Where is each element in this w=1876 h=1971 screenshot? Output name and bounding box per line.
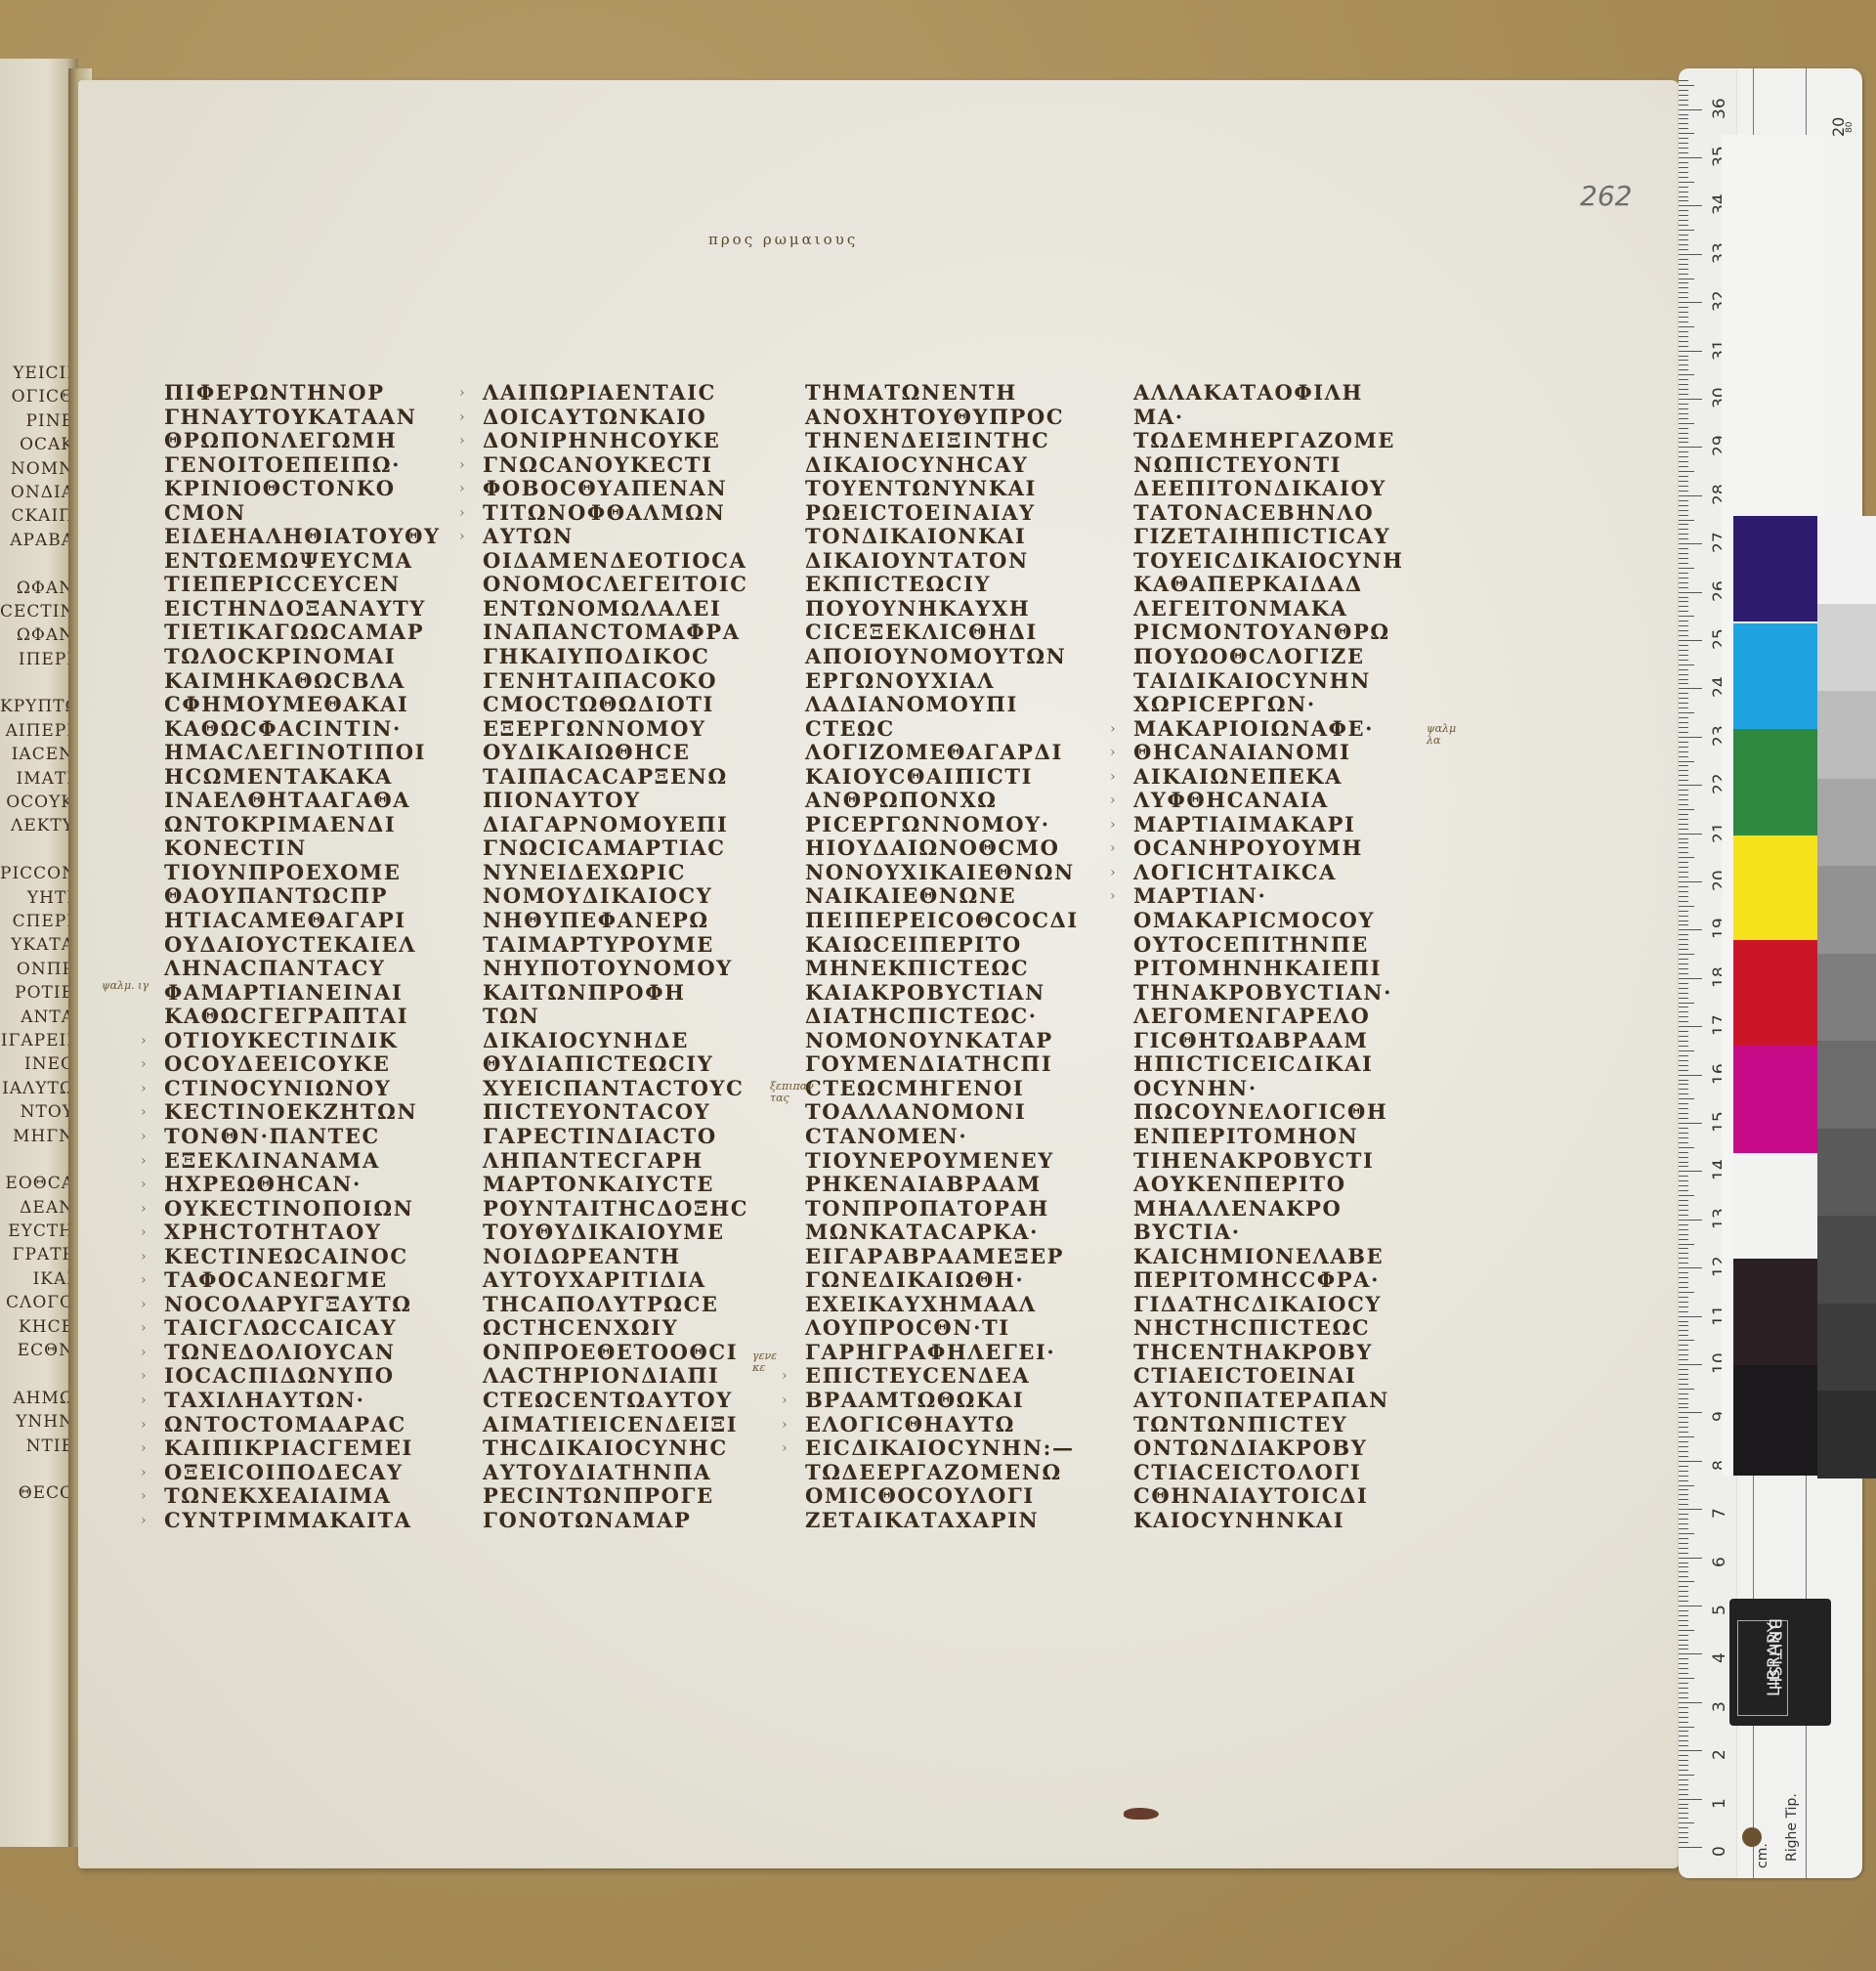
- ruler-tick: [1679, 1021, 1688, 1022]
- ruler-tick: [1679, 438, 1688, 439]
- grey-patch: [1817, 779, 1876, 867]
- text-line: ΝΑΙΚΑΙΕΘΝΩΝΕ: [805, 884, 1079, 909]
- ruler-tick: [1679, 1571, 1688, 1572]
- ruler-tick: [1679, 1640, 1688, 1641]
- text-line: ΟΥΔΙΚΑΙΩΘΗCΕ: [483, 741, 748, 765]
- ruler-tick: [1679, 838, 1688, 839]
- ruler-tick: [1679, 1799, 1702, 1800]
- diple-quotation-mark-icon: ›: [782, 1436, 789, 1461]
- left-page-line: ΟCΟΥΚ: [0, 791, 74, 814]
- ruler-tick: [1679, 1180, 1688, 1181]
- ruler-tick: [1679, 259, 1688, 260]
- text-line: ΚΕCΤΙΝΟΕΚΖΗΤΩΝ›: [164, 1100, 441, 1125]
- ruler-tick: [1679, 703, 1688, 704]
- ruler-tick: [1679, 1031, 1688, 1032]
- text-line: CΙCΕΞΕΚΛΙCΘΗΔΙ: [805, 621, 1079, 645]
- ruler-tick: [1679, 1297, 1688, 1298]
- text-line: ΟCΥΝΗΝ·: [1133, 1077, 1404, 1101]
- text-line: ΟΜΑΚΑΡΙCΜΟCΟΥ: [1133, 909, 1404, 933]
- ruler-tick: [1679, 274, 1688, 275]
- text-line: ΕΡΓΩΝΟΥΧΙΑΛ: [805, 669, 1079, 694]
- text-line: ΕΚΠΙCΤΕΩCΙΥ: [805, 573, 1079, 597]
- ruler-tick: [1679, 959, 1688, 960]
- ruler-tick: [1679, 1384, 1688, 1385]
- ruler-tick: [1679, 780, 1688, 781]
- ruler-tick: [1679, 732, 1688, 733]
- diple-quotation-mark-icon: ›: [141, 1221, 148, 1245]
- ruler-tick: [1679, 1359, 1688, 1360]
- ruler-tick: [1679, 341, 1688, 342]
- ruler-tick: [1679, 872, 1688, 873]
- ruler-tick: [1679, 1190, 1688, 1191]
- ruler-tick: [1679, 814, 1688, 815]
- text-column-1: ΠΙΦΕΡΩΝΤΗΝΟΡΓΗΝΑΥΤΟΥΚΑΤΑΑΝΘΡΩΠΟΝΛΕΓΩΜΗΓΕ…: [164, 381, 441, 1532]
- ruler-tick: [1679, 924, 1688, 925]
- diple-quotation-mark-icon: ›: [1110, 717, 1117, 742]
- text-line: ΓΑΡΗΓΡΑΦΗΛΕΓΕΙ·: [805, 1341, 1079, 1365]
- text-line: ΔΙΚΑΙΟΥΝΤΑΤΟΝ: [805, 549, 1079, 574]
- ruler-tick: [1679, 1215, 1688, 1216]
- ruler-tick: [1679, 369, 1688, 370]
- text-line: ΓΙCΘΗΤΩΑΒΡΑΑΜ: [1133, 1029, 1404, 1053]
- diple-quotation-mark-icon: ›: [141, 1341, 148, 1365]
- ruler-tick: [1679, 964, 1688, 964]
- ruler-tick: [1679, 921, 1688, 921]
- text-line: ΕΧΕΙΚΑΥΧΗΜΑΑΛ: [805, 1293, 1079, 1317]
- ruler-tick: [1679, 747, 1688, 748]
- ruler-tick: [1679, 944, 1688, 945]
- text-line: ΓΟΥΜΕΝΔΙΑΤΗCΠΙ: [805, 1052, 1079, 1077]
- text-line: ΟΥΔΑΙΟΥCΤΕΚΑΙΕΛ: [164, 933, 441, 958]
- ruler-tick: [1679, 510, 1688, 511]
- left-page-line: ΟΝΔΙΑ: [0, 481, 74, 504]
- ruler-tick: [1679, 118, 1688, 119]
- text-line: ΛΕΓΟΜΕΝΓΑΡΕΛΟ: [1133, 1005, 1404, 1029]
- ruler-tick: [1679, 1543, 1688, 1544]
- ruler-tick: [1679, 722, 1688, 723]
- ruler-tick: [1679, 321, 1688, 322]
- ruler-tick: [1679, 1832, 1688, 1833]
- ruler-tick: [1679, 973, 1688, 974]
- text-line: ΝΗCΤΗCΠΙCΤΕΩC: [1133, 1316, 1404, 1341]
- ruler-tick: [1679, 1157, 1688, 1158]
- ruler-tick: [1679, 1707, 1688, 1708]
- color-swatch-green: [1733, 729, 1817, 836]
- ruler-tick: [1679, 862, 1688, 863]
- left-page-line: ΕCΘΝ: [0, 1339, 74, 1362]
- ruler-tick: [1679, 95, 1688, 96]
- text-line: ΙΝΑΕΛΘΗΤΑΑΓΑΘΑ: [164, 789, 441, 813]
- text-line: ΤΗCΑΠΟΛΥΤΡΩCΕ: [483, 1293, 748, 1317]
- ruler-tick: [1679, 1369, 1688, 1370]
- text-line: ΟΤΙΟΥΚΕCΤΙΝΔΙΚ›: [164, 1029, 441, 1053]
- ruler-tick: [1679, 1847, 1702, 1848]
- diple-quotation-mark-icon: ›: [141, 1389, 148, 1413]
- text-line: ΘΑΟΥΠΑΝΤΩCΠΡ: [164, 884, 441, 909]
- ruler-tick: [1679, 1653, 1702, 1654]
- color-swatch-cyan: [1733, 623, 1817, 729]
- ruler-tick: [1679, 775, 1688, 776]
- text-line: ΔΟΝΙΡΗΝΗCΟΥΚΕ›: [483, 429, 748, 453]
- text-line: ΟΝΠΡΟΕΘΕΤΟΟΘCΙ: [483, 1341, 748, 1365]
- ruler-tick: [1679, 1775, 1694, 1776]
- ruler-tick: [1679, 1553, 1688, 1554]
- text-line: ΓΙΖΕΤΑΙΗΠΙCΤΙCΑΥ: [1133, 525, 1404, 549]
- left-page-line: ΜΗΓΝ: [0, 1125, 74, 1148]
- ruler-tick: [1679, 399, 1702, 400]
- ruler-tick: [1679, 1538, 1688, 1539]
- ruler-tick: [1679, 1745, 1688, 1746]
- ruler-tick: [1679, 1234, 1688, 1235]
- ruler-tick: [1679, 1548, 1688, 1549]
- ruler-tick: [1679, 1528, 1688, 1529]
- ruler-tick: [1679, 1403, 1688, 1404]
- text-line: ΘΗCΑΝΑΙΑΝΟΜΙ›: [1133, 741, 1404, 765]
- ruler-tick: [1679, 1084, 1688, 1085]
- ruler-tick: [1679, 809, 1694, 810]
- ruler-tick: [1679, 968, 1688, 969]
- text-line: ΑΛΛΑΚΑΤΑΟΦΙΛΗ: [1133, 381, 1404, 406]
- ruler-tick: [1679, 1103, 1688, 1104]
- text-line: ΔΙΑΓΑΡΝΟΜΟΥΕΠΙ: [483, 813, 748, 837]
- ruler-tick: [1679, 901, 1688, 902]
- ruler-tick: [1679, 100, 1688, 101]
- diple-quotation-mark-icon: ›: [459, 501, 466, 526]
- ruler-tick: [1679, 471, 1694, 472]
- ruler-tick: [1679, 1476, 1688, 1477]
- text-line: ΤΑΙΔΙΚΑΙΟCΥΝΗΝ: [1133, 669, 1404, 694]
- ruler-tick: [1679, 1166, 1688, 1167]
- ruler-tick: [1679, 1683, 1688, 1684]
- text-line: CΜΟΝ: [164, 501, 441, 526]
- diple-quotation-mark-icon: ›: [1110, 884, 1117, 909]
- ruler-tick: [1679, 1412, 1702, 1413]
- ruler-tick: [1679, 1389, 1694, 1390]
- ruler-tick: [1679, 1248, 1688, 1249]
- text-line: ΕΛΟΓΙCΘΗΑΥΤΩ›: [805, 1413, 1079, 1437]
- ruler-tick: [1679, 765, 1688, 766]
- ruler-tick: [1679, 1016, 1688, 1017]
- ruler-tick: [1679, 761, 1694, 762]
- text-line: ΗCΩΜΕΝΤΑΚΑΚΑ: [164, 765, 441, 790]
- diple-quotation-mark-icon: ›: [1110, 765, 1117, 790]
- text-line: ΧΡΗCΤΟΤΗΤΑΟΥ›: [164, 1221, 441, 1245]
- ruler-tick: [1679, 1804, 1688, 1805]
- ruler-tick: [1679, 635, 1688, 636]
- ruler-tick: [1679, 592, 1702, 593]
- text-line: ΑΥΤΩΝ›: [483, 525, 748, 549]
- ruler-tick: [1679, 1311, 1688, 1312]
- text-column-3: ΤΗΜΑΤΩΝΕΝΤΗΑΝΟΧΗΤΟΥΘΥΠΡΟCΤΗΝΕΝΔΕΙΞΙΝΤΗCΔ…: [805, 381, 1079, 1532]
- ruler-tick: [1679, 867, 1688, 868]
- text-line: ΗΠΙCΤΙCΕΙCΔΙΚΑΙ: [1133, 1052, 1404, 1077]
- text-line: ΓΩΝΕΔΙΚΑΙΩΘΗ·: [805, 1268, 1079, 1293]
- secondary-top-small-label: 80: [1845, 122, 1855, 133]
- ruler-tick: [1679, 205, 1702, 206]
- ruler-tick: [1679, 1239, 1688, 1240]
- ruler-cm-label: 3: [1710, 1701, 1729, 1712]
- text-line: ΕΝΤΩΕΜΩΨΕΥCΜΑ: [164, 549, 441, 574]
- text-line: CΤΑΝΟΜΕΝ·: [805, 1125, 1079, 1149]
- text-line: ΤΟΥΕΝΤΩΝΥΝΚΑΙ: [805, 477, 1079, 501]
- ruler-tick: [1679, 1794, 1688, 1795]
- ruler-tick: [1679, 1307, 1688, 1307]
- ruler-tick: [1679, 625, 1688, 626]
- ruler-tick: [1679, 1272, 1688, 1273]
- ruler-tick: [1679, 123, 1688, 124]
- ruler-tick: [1679, 1113, 1688, 1114]
- ruler-tick: [1679, 1731, 1688, 1732]
- ruler-tick: [1679, 1263, 1688, 1264]
- ruler-tick: [1679, 1152, 1688, 1153]
- ruler-tick: [1679, 949, 1688, 950]
- text-line: ΤΟΥΕΙCΔΙΚΑΙΟCΥΝΗ: [1133, 549, 1404, 574]
- text-line: ΤΩΔΕΕΡΓΑΖΟΜΕΝΩ: [805, 1461, 1079, 1485]
- text-line: ΚΕCΤΙΝΕΩCΑΙΝΟC›: [164, 1245, 441, 1269]
- ruler-tick: [1679, 939, 1688, 940]
- text-line: ΔΟΙCΑΥΤΩΝΚΑΙΟ›: [483, 406, 748, 430]
- ruler-tick: [1679, 1658, 1688, 1659]
- ruler-tick: [1679, 1007, 1688, 1007]
- ruler-tick: [1679, 1065, 1688, 1066]
- left-page-line: ΙΓΑΡΕΙΙ: [0, 1029, 74, 1052]
- text-line: ΚΑΙΟΥCΘΑΙΠΙCΤΙ: [805, 765, 1079, 790]
- text-line: ΩCΤΗCΕΝΧΩΙΥ: [483, 1316, 748, 1341]
- left-page-line: ΩΦΑΝ: [0, 623, 74, 647]
- ruler-tick: [1679, 1822, 1694, 1823]
- ruler-tick: [1679, 326, 1694, 327]
- ruler-tick: [1679, 220, 1688, 221]
- text-line: ΘΥΔΙΑΠΙCΤΕΩCΙΥ: [483, 1052, 748, 1077]
- text-line: ΗΤΙΑCΑΜΕΘΑΓΑΡΙ: [164, 909, 441, 933]
- ruler-tick: [1679, 1480, 1688, 1481]
- ruler-tick: [1679, 1576, 1688, 1577]
- ruler-tick: [1679, 1784, 1688, 1785]
- text-line: ΤΟΥΘΥΔΙΚΑΙΟΥΜΕ: [483, 1221, 748, 1245]
- text-line: ΑΝΟΧΗΤΟΥΘΥΠΡΟC: [805, 406, 1079, 430]
- ruler-tick: [1679, 1321, 1688, 1322]
- diple-quotation-mark-icon: ›: [141, 1293, 148, 1317]
- ruler-tick: [1679, 1765, 1688, 1766]
- ruler-tick: [1679, 1147, 1694, 1148]
- ruler-tick: [1679, 993, 1688, 994]
- text-line: ΡΟΥΝΤΑΙΤΗCΔΟΞΗC: [483, 1197, 748, 1221]
- text-line: ΚΑΘΑΠΕΡΚΑΙΔΑΔ: [1133, 573, 1404, 597]
- ruler-tick: [1679, 1688, 1688, 1689]
- text-line: ΝΩΠΙCΤΕΥΟΝΤΙ: [1133, 453, 1404, 478]
- text-line: ΔΕΕΠΙΤΟΝΔΙΚΑΙΟΥ: [1133, 477, 1404, 501]
- text-line: ΤΙΤΩΝΟΦΘΑΛΜΩΝ›: [483, 501, 748, 526]
- text-line: ΘΡΩΠΟΝΛΕΓΩΜΗ: [164, 429, 441, 453]
- ruler-tick: [1679, 1176, 1688, 1177]
- ruler-tick: [1679, 842, 1688, 843]
- left-page-line: [0, 552, 74, 576]
- text-line: ΝΟΙΔΩΡΕΑΝΤΗ: [483, 1245, 748, 1269]
- ruler-tick: [1679, 794, 1688, 795]
- text-line: ΗΙΟΥΔΑΙΩΝΟΘCΜΟ: [805, 836, 1079, 861]
- ruler-tick: [1679, 1205, 1688, 1206]
- text-line: ΤΩΔΕΜΗΕΡΓΑΖΟΜΕ: [1133, 429, 1404, 453]
- text-line: ΛΥΦΘΗCΑΝΑΙΑ›: [1133, 789, 1404, 813]
- text-line: ΕΞΕΡΓΩΝΝΟΜΟΥ: [483, 717, 748, 742]
- ruler-tick: [1679, 655, 1688, 656]
- text-line: ΟCΑΝΗΡΟΥΟΥΜΗ›: [1133, 836, 1404, 861]
- ruler-tick: [1679, 847, 1688, 848]
- text-column-4: ΑΛΛΑΚΑΤΑΟΦΙΛΗΜΑ·ΤΩΔΕΜΗΕΡΓΑΖΟΜΕΝΩΠΙCΤΕΥΟΝ…: [1133, 381, 1404, 1532]
- text-line: ΤΑΦΟCΑΝΕΩΓΜΕ›: [164, 1268, 441, 1293]
- ruler-tick: [1679, 573, 1688, 574]
- ruler-tick: [1679, 1041, 1688, 1042]
- ruler-tick: [1679, 1432, 1688, 1433]
- grey-patch: [1817, 866, 1876, 954]
- ruler-tick: [1679, 1267, 1702, 1268]
- left-page-line: ΛΕΚΤΥ: [0, 814, 74, 837]
- text-line: ΤΑΧΙΛΗΑΥΤΩΝ·›: [164, 1389, 441, 1413]
- left-page-line: ΙΜΑΤΙ: [0, 767, 74, 791]
- left-page-line: ΙΝΕC: [0, 1052, 74, 1076]
- text-line: ΚΑΙΤΩΝΠΡΟΦΗ: [483, 981, 748, 1006]
- color-swatch-blue-violet: [1733, 516, 1817, 621]
- ruler-tick: [1679, 336, 1688, 337]
- diple-quotation-mark-icon: ›: [141, 1052, 148, 1077]
- text-line: ΤΟΝΔΙΚΑΙΟΝΚΑΙ: [805, 525, 1079, 549]
- ruler-tick: [1679, 364, 1688, 365]
- diple-quotation-mark-icon: ›: [141, 1413, 148, 1437]
- text-line: ΚΑΙΑΚΡΟΒΥCΤΙΑΝ: [805, 981, 1079, 1006]
- text-line: ΙΟCΑCΠΙΔΩΝΥΠΟ›: [164, 1364, 441, 1389]
- ruler-tick: [1679, 167, 1688, 168]
- text-line: ΖΕΤΑΙΚΑΤΑΧΑΡΙΝ: [805, 1509, 1079, 1533]
- text-line: ΑΙΚΑΙΩΝΕΠΕΚΑ›: [1133, 765, 1404, 790]
- ruler-tick: [1679, 1635, 1688, 1636]
- ruler-tick: [1679, 1722, 1688, 1723]
- ruler-tick: [1679, 1702, 1702, 1703]
- color-swatch-red: [1733, 940, 1817, 1046]
- left-page-line: ΟΓΙCΘ: [0, 385, 74, 408]
- text-line: ΑΙΜΑΤΙΕΙCΕΝΔΕΙΞΙ: [483, 1413, 748, 1437]
- text-line: ΤΙΟΥΝΕΡΟΥΜΕΝΕΥ: [805, 1149, 1079, 1174]
- ruler-tick: [1679, 85, 1694, 86]
- ruler-tick: [1679, 447, 1702, 448]
- ruler-tick: [1679, 558, 1688, 559]
- ruler-tick: [1679, 896, 1688, 897]
- text-line: CΜΟCΤΩΘΩΔΙΟΤΙ: [483, 693, 748, 717]
- ruler-tick: [1679, 1220, 1702, 1221]
- marginal-note: ξεπιπαν τας: [770, 1081, 813, 1104]
- ruler-tick: [1679, 1407, 1688, 1408]
- color-swatch-black: [1733, 1365, 1817, 1476]
- ruler-tick: [1679, 1302, 1688, 1303]
- text-line: ΤΙΕΠΕΡΙCCΕΥCΕΝ: [164, 573, 441, 597]
- ruler-tick: [1679, 1244, 1694, 1245]
- text-line: ΕΙCΔΙΚΑΙΟCΥΝΗΝ:—›: [805, 1436, 1079, 1461]
- ruler-tick: [1679, 1364, 1702, 1365]
- text-line: ΑΥΤΟΥΧΑΡΙΤΙΔΙΑ: [483, 1268, 748, 1293]
- ruler-tick: [1679, 282, 1688, 283]
- ruler-tick: [1679, 442, 1688, 443]
- ruler-tick: [1679, 785, 1702, 786]
- text-line: ΓΝΩCΑΝΟΥΚΕCΤΙ›: [483, 453, 748, 478]
- left-page-line: ΟCΑΚ: [0, 433, 74, 456]
- text-line: ΑΥΤΟΝΠΑΤΕΡΑΠΑΝ: [1133, 1389, 1404, 1413]
- ruler-tick: [1679, 891, 1688, 892]
- text-line: ΦΟΒΟCΘΥΑΠΕΝΑΝ›: [483, 477, 748, 501]
- ruler-tick: [1679, 157, 1702, 158]
- ruler-tick: [1679, 187, 1688, 188]
- text-line: ΝΥΝΕΙΔΕΧΩΡΙC: [483, 861, 748, 885]
- text-line: ΤΗCΕΝΤΗΑΚΡΟΒΥ: [1133, 1341, 1404, 1365]
- diple-quotation-mark-icon: ›: [459, 381, 466, 406]
- ruler-tick: [1679, 1330, 1688, 1331]
- ruler-tick: [1679, 1393, 1688, 1394]
- ruler-tick: [1679, 1118, 1688, 1119]
- ruler-tick: [1679, 418, 1688, 419]
- text-line: ΚΑΙΜΗΚΑΘΩCΒΛΑ: [164, 669, 441, 694]
- ruler-tick: [1679, 1398, 1688, 1399]
- ruler-tick: [1679, 384, 1688, 385]
- text-line: ΠΕΡΙΤΟΜΗCCΦΡΑ·: [1133, 1268, 1404, 1293]
- ruler-tick: [1679, 394, 1688, 395]
- ruler-tick: [1679, 597, 1688, 598]
- ruler-tick: [1679, 630, 1688, 631]
- diple-quotation-mark-icon: ›: [782, 1389, 789, 1413]
- ruler-tick: [1679, 379, 1688, 380]
- ruler-tick: [1679, 1229, 1688, 1230]
- ruler-tick: [1679, 1055, 1688, 1056]
- text-line: ΕΞΕΚΛΙΝΑΝΑΜΑ›: [164, 1149, 441, 1174]
- diple-quotation-mark-icon: ›: [141, 1077, 148, 1101]
- ruler-tick: [1679, 1596, 1688, 1597]
- ruler-tick: [1679, 707, 1688, 708]
- ruler-tick: [1679, 105, 1688, 106]
- ruler-tick: [1679, 456, 1688, 457]
- text-line: ΟΞΕΙCΟΙΠΟΔΕCΑΥ›: [164, 1461, 441, 1485]
- text-line: ΟΥΚΕCΤΙΝΟΠΟΙΩΝ›: [164, 1197, 441, 1221]
- text-line: ΑΠΟΙΟΥΝΟΜΟΥΤΩΝ: [805, 645, 1079, 669]
- text-line: ΚΑΘΩCΓΕΓΡΑΠΤΑΙ: [164, 1005, 441, 1029]
- ruler-tick: [1679, 563, 1688, 564]
- ruler-tick: [1679, 578, 1688, 578]
- text-line: ΡΙCΜΟΝΤΟΥΑΝΘΡΩ: [1133, 621, 1404, 645]
- ruler-tick: [1679, 1003, 1694, 1004]
- text-line: ΤΗCΔΙΚΑΙΟCΥΝΗC: [483, 1436, 748, 1461]
- diple-quotation-mark-icon: ›: [782, 1364, 789, 1389]
- ruler-tick: [1679, 611, 1688, 612]
- left-page-line: ΥΝΗΝ: [0, 1410, 74, 1434]
- text-line: ΟΥΤΟCΕΠΙΤΗΝΠΕ: [1133, 933, 1404, 958]
- ruler-tick: [1679, 423, 1694, 424]
- text-line: ΤΩΝΕΚΧΕΑΙΑΙΜΑ›: [164, 1484, 441, 1509]
- grey-patch: [1817, 1041, 1876, 1129]
- ruler-tick: [1679, 264, 1688, 265]
- ruler-tick: [1679, 1026, 1702, 1027]
- text-line: ΕΠΙCΤΕΥCΕΝΔΕΑ›: [805, 1364, 1079, 1389]
- left-page-fragment: ΥΕΙCΙΙΟΓΙCΘΡΙΝΕΟCΑΚΝΟΜΝΟΝΔΙΑCΚΑΙΠΑΡΑΒΑΩΦ…: [0, 59, 78, 1847]
- ruler-tick: [1679, 543, 1702, 544]
- text-line: ΔΙΚΑΙΟCΥΝΗΔΕ: [483, 1029, 748, 1053]
- diple-quotation-mark-icon: ›: [141, 1149, 148, 1174]
- text-line: ΠΙΦΕΡΩΝΤΗΝΟΡ: [164, 381, 441, 406]
- ruler-tick: [1679, 727, 1688, 728]
- ruler-tick: [1679, 799, 1688, 800]
- ruler-tick: [1679, 374, 1694, 375]
- ruler-tick: [1679, 1335, 1688, 1336]
- ruler-tick: [1679, 1563, 1688, 1564]
- ruler-tick: [1679, 1456, 1688, 1457]
- grey-patch: [1817, 1391, 1876, 1478]
- text-line: ΓΟΝΟΤΩΝΑΜΑΡ: [483, 1509, 748, 1533]
- ruler-tick: [1679, 500, 1688, 501]
